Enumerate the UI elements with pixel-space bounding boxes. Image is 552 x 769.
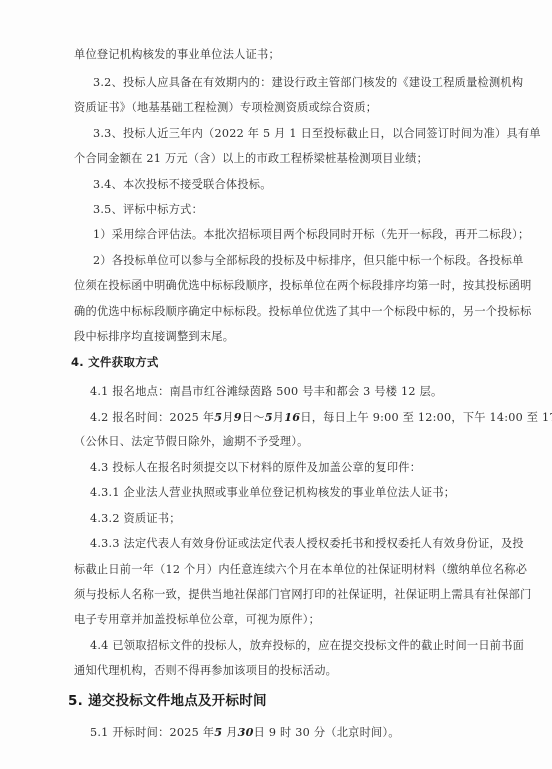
text-segment: 日，每日上午 9:00 至 12:00，下午 14:00 至 17:00 [300,411,552,424]
text-segment: 日～ [242,411,265,424]
text-line: 确的优选中标标段顺序确定中标标段。投标单位优选了其中一个标段中标的，另一个投标标 [74,305,532,319]
text-segment: 月 [222,411,233,424]
text-segment: 月 [273,411,284,424]
text-line: 须与投标人名称一致，提供当地社保部门官网打印的社保证明，社保证明上需具有社保部门 [74,588,532,602]
item-1: 1）采用综合评估法。本批次招标项目两个标段同时开标（先开一标段，再开二标段）； [93,228,529,242]
document-page: 单位登记机构核发的事业单位法人证书； 3.2、投标人应具备在有效期内的：建设行政… [0,0,552,769]
text-line: （公休日、法定节假日除外，逾期不予受理）。 [74,435,309,449]
text-line: 资质证书》（地基基础工程检测）专项检测资质或综合资质； [74,101,377,115]
text-line: 位须在投标函中明确优选中标标段顺序，投标单位在两个标段排序均第一时，按其投标函明 [74,279,532,293]
handwritten-day: 9 [234,410,242,424]
clause-4-1: 4.1 报名地点：南昌市红谷滩绿茵路 500 号丰和都会 3 号楼 12 层。 [90,385,442,399]
handwritten-day: 16 [284,410,300,424]
clause-3-4: 3.4、本次投标不接受联合体投标。 [93,178,272,192]
clause-5-1: 5.1 开标时间：2025 年5 月30日 9 时 30 分（北京时间）。 [90,725,400,740]
handwritten-month: 5 [265,410,273,424]
section-heading-4: 4. 文件获取方式 [71,355,159,369]
text-line: 单位登记机构核发的事业单位法人证书； [74,48,280,62]
clause-4-3-1: 4.3.1 企业法人营业执照或事业单位登记机构核发的事业单位法人证书； [90,486,455,500]
section-heading-5: 5. 递交投标文件地点及开标时间 [68,694,267,708]
clause-4-3-2: 4.3.2 资质证书； [90,512,181,526]
text-segment: 日 9 时 30 分（北京时间）。 [254,726,400,739]
text-segment: 4.2 报名时间：2025 年 [90,411,214,424]
text-segment: 月 [222,726,237,739]
item-2: 2）各投标单位可以参与全部标段的投标及中标排序，但只能中标一个标段。各投标单 [93,254,524,268]
text-line: 标截止日前一年（12 个月）内任意连续六个月在本单位的社保证明材料（缴纳单位名称… [74,563,527,577]
handwritten-day: 30 [238,725,254,739]
clause-4-3-3: 4.3.3 法定代表人有效身份证或法定代表人授权委托书和授权委托人有效身份证，及… [90,537,524,551]
text-line: 段中标排序均直接调整到末尾。 [74,330,234,344]
text-segment: 5.1 开标时间：2025 年 [90,726,214,739]
clause-3-2: 3.2、投标人应具备在有效期内的：建设行政主管部门核发的《建设工程质量检测机构 [93,76,523,90]
text-line: 电子专用章并加盖投标单位公章，可视为原件）； [74,613,320,627]
clause-3-5: 3.5、评标中标方式： [93,203,203,217]
clause-3-3: 3.3、投标人近三年内（2022 年 5 月 1 日至投标截止日，以合同签订时间… [93,127,541,141]
clause-4-2: 4.2 报名时间：2025 年5月9日～5月16日，每日上午 9:00 至 12… [90,410,552,425]
text-line: 个合同金额在 21 万元（含）以上的市政工程桥梁桩基检测项目业绩； [74,152,428,166]
text-line: 通知代理机构，否则不得再参加该项目的投标活动。 [74,664,337,678]
clause-4-4: 4.4 已领取招标文件的投标人，放弃投标的，应在提交投标文件的截止时间一日前书面 [90,639,524,653]
clause-4-3: 4.3 投标人在报名时须提交以下材料的原件及加盖公章的复印件： [90,461,421,475]
